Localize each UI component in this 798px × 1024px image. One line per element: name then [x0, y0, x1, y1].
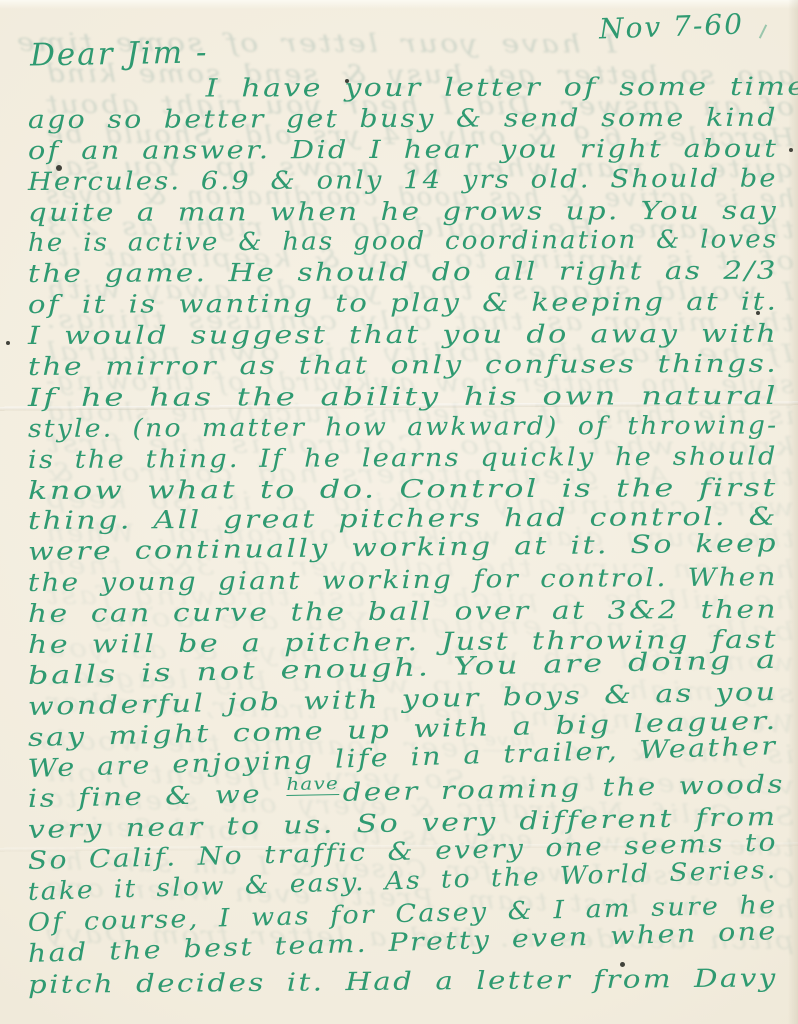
letter-line: of an answer. Did I hear you right about — [28, 133, 798, 167]
letter-line: Hercules. 6.9 & only 14 yrs old. Should … — [28, 163, 798, 198]
letter-line-text: quite a man when he grows up. You say — [28, 195, 778, 226]
letter-line: the mirror as that only confuses things. — [28, 348, 798, 383]
ink-speck — [6, 341, 10, 345]
letter-line-text: the game. He should do all right as 2/3 — [28, 256, 778, 288]
letter-line-text: I have your letter of some time — [206, 72, 798, 103]
inserted-word: have — [286, 774, 339, 796]
letter-page: I have your letter of some timeago so be… — [0, 0, 798, 1024]
letter-line-text: he is active & has good coordination & l… — [28, 225, 778, 258]
letter-line-text: Hercules. 6.9 & only 14 yrs old. Should … — [28, 163, 778, 196]
letter-line: ago so better get busy & send some kind — [28, 102, 798, 136]
letter-line-text: deer roaming the woods — [342, 770, 785, 808]
letter-line-text: is the thing. If he learns quickly he sh… — [28, 441, 778, 474]
letter-line-text: ago so better get busy & send some kind — [28, 103, 778, 134]
letter-line-text: he can curve the ball over at 3&2 then — [28, 595, 778, 628]
letter-line-text: pitch decides it. Had a letter from Davy — [28, 963, 778, 999]
letter-line: the game. He should do all right as 2/3 — [28, 255, 798, 290]
letter-line-text: of it is wanting to play & keeping at it… — [28, 287, 778, 319]
ink-mark — [759, 24, 767, 38]
letter-line-text: the mirror as that only confuses things. — [28, 349, 778, 381]
letter-body: I have your letter of some timeago so be… — [28, 74, 790, 1001]
letter-line: quite a man when he grows up. You say — [28, 195, 798, 229]
letter-line: of it is wanting to play & keeping at it… — [28, 286, 798, 321]
letter-line-text: is fine & we — [28, 780, 284, 814]
letter-line-text: of an answer. Did I hear you right about — [28, 134, 778, 165]
letter-line: style. (no matter how awkward) of throwi… — [28, 410, 798, 445]
letter-line-text: know what to do. Control is the first — [28, 472, 778, 504]
letter-date: Nov 7-60 — [598, 7, 744, 45]
letter-line: the young giant working for control. Whe… — [28, 562, 798, 600]
letter-line: pitch decides it. Had a letter from Davy — [28, 962, 798, 1001]
letter-line: he is active & has good coordination & l… — [28, 224, 798, 259]
letter-line-text: If he has the ability his own natural — [28, 381, 778, 412]
letter-line: I would suggest that you do away with — [28, 318, 798, 352]
salutation: Dear Jim - — [30, 34, 209, 73]
letter-line-text: style. (no matter how awkward) of throwi… — [28, 410, 778, 443]
letter-line-text: the young giant working for control. Whe… — [28, 562, 778, 597]
letter-line: If he has the ability his own natural — [28, 380, 798, 414]
letter-line: I have your letter of some time — [28, 71, 798, 105]
letter-line: is the thing. If he learns quickly he sh… — [28, 441, 798, 476]
letter-line-text: I would suggest that you do away with — [28, 319, 778, 350]
